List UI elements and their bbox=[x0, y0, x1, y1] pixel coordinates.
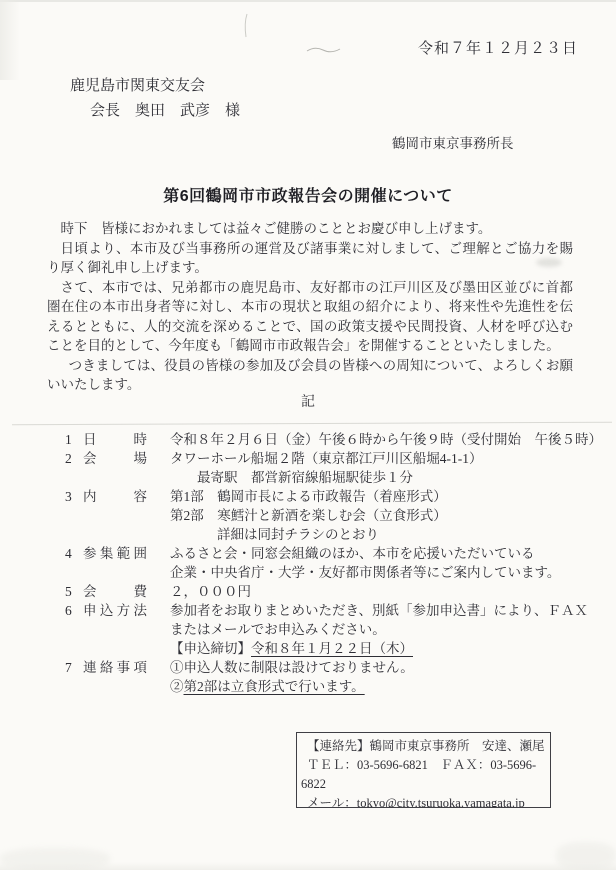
item-value: 最寄駅 都営新宿線船堀駅徒歩１分 bbox=[170, 468, 616, 487]
paragraph-purpose: さて、本市では、兄弟都市の鹿児島市、友好都市の江戸川区及び墨田区並びに首都圏在住… bbox=[47, 278, 573, 356]
pen-squiggle-artifact bbox=[306, 44, 342, 56]
list-item-application: 6 申込方法 参加者をお取りまとめいただき、別紙「参加申込書」により、ＦＡＸ ま… bbox=[0, 601, 616, 658]
paragraph-greeting: 時下 皆様におかれましては益々ご健勝のこととお慶び申し上げます。 bbox=[47, 219, 573, 239]
item-label: 内 容 bbox=[83, 487, 147, 506]
contact-office-line: 【連絡先】鶴岡市東京事務所 安達、瀬尾 bbox=[307, 737, 544, 756]
note-number: ② bbox=[170, 679, 184, 694]
contact-email-line: メール：tokyo@city.tsuruoka.yamagata.jp bbox=[307, 794, 544, 808]
item-value: 詳細は同封チラシのとおり bbox=[170, 525, 616, 544]
scanned-letter-page: 令和７年１２月２３日 鹿児島市関東交友会 会長 奥田 武彦 様 鶴岡市東京事務所… bbox=[0, 0, 616, 870]
item-number: 5 bbox=[65, 582, 79, 601]
pen-mark-artifact bbox=[242, 13, 250, 39]
list-item-fee: 5 会 費 ２，０００円 bbox=[0, 582, 616, 601]
item-value: 企業・中央省庁・大学・友好都市関係者等にご案内しています。 bbox=[170, 563, 616, 582]
list-item-program: 3 内 容 第1部 鶴岡市長による市政報告（着座形式） 第2部 寒鱈汁と新酒を楽… bbox=[0, 487, 616, 544]
contact-fax-continuation: 6822 bbox=[301, 775, 544, 794]
item-value: ２，０００円 bbox=[170, 582, 616, 601]
scan-corner-shadow bbox=[556, 842, 616, 870]
item-label: 参集範囲 bbox=[83, 544, 147, 563]
item-number: 7 bbox=[65, 658, 79, 677]
list-item-audience: 4 参集範囲 ふるさと会・同窓会組織のほか、本市を応援いただいている 企業・中央… bbox=[0, 544, 616, 582]
item-number: 3 bbox=[65, 487, 79, 506]
item-number: 1 bbox=[65, 430, 79, 449]
item-value: 令和８年２月６日（金）午後６時から午後９時（受付開始 午後５時） bbox=[170, 430, 616, 449]
paragraph-request: つきましては、役員の皆様の参加及び会員の皆様への周知について、よろしくお願いいた… bbox=[47, 356, 573, 395]
item-number: 2 bbox=[65, 449, 79, 468]
item-label: 連絡事項 bbox=[83, 658, 147, 677]
item-value: 第1部 鶴岡市長による市政報告（着座形式） bbox=[170, 487, 616, 506]
item-value: タワーホール船堀２階（東京都江戸川区船堀4-1-1） bbox=[170, 449, 616, 468]
item-value: ふるさと会・同窓会組織のほか、本市を応援いただいている bbox=[170, 544, 616, 563]
contact-info-box: 【連絡先】鶴岡市東京事務所 安達、瀬尾 ＴＥＬ：03-5696-6821 ＦＡＸ… bbox=[296, 732, 551, 808]
note-line: ①申込人数に制限は設けておりません。 bbox=[170, 658, 616, 677]
scan-fold-line bbox=[12, 422, 612, 426]
item-value: 第2部 寒鱈汁と新酒を楽しむ会（立食形式） bbox=[170, 506, 616, 525]
note-line: ②第2部は立食形式で行います。 bbox=[170, 677, 616, 696]
sender-title: 鶴岡市東京事務所長 bbox=[392, 132, 514, 152]
document-date: 令和７年１２月２３日 bbox=[418, 37, 578, 58]
item-number: 4 bbox=[65, 544, 79, 563]
recipient-name: 会長 奥田 武彦 様 bbox=[90, 99, 240, 120]
item-value: 参加者をお取りまとめいただき、別紙「参加申込書」により、ＦＡＸ bbox=[170, 601, 616, 620]
deadline-date-underlined: 令和８年１月２２日（木） bbox=[251, 641, 413, 656]
letter-body: 時下 皆様におかれましては益々ご健勝のこととお慶び申し上げます。 日頃より、本市… bbox=[47, 219, 573, 395]
item-label: 会 場 bbox=[83, 449, 147, 468]
item-label: 申込方法 bbox=[83, 601, 147, 620]
recipient-organization: 鹿児島市関東交友会 bbox=[70, 74, 205, 95]
item-label: 日 時 bbox=[83, 430, 147, 449]
contact-tel-fax-line: ＴＥＬ：03-5696-6821 ＦＡＸ：03-5696- bbox=[307, 756, 544, 775]
list-item-venue: 2 会 場 タワーホール船堀２階（東京都江戸川区船堀4-1-1） 最寄駅 都営新… bbox=[0, 449, 616, 487]
item-number: 6 bbox=[65, 601, 79, 620]
list-item-datetime: 1 日 時 令和８年２月６日（金）午後６時から午後９時（受付開始 午後５時） bbox=[0, 430, 616, 449]
event-details-list: 1 日 時 令和８年２月６日（金）午後６時から午後９時（受付開始 午後５時） 2… bbox=[0, 430, 616, 696]
scan-corner-shadow bbox=[0, 0, 20, 80]
list-item-notes: 7 連絡事項 ①申込人数に制限は設けておりません。 ②第2部は立食形式で行います… bbox=[0, 658, 616, 696]
item-label: 会 費 bbox=[83, 582, 147, 601]
item-value: またはメールでお申込みください。 bbox=[170, 620, 616, 639]
scan-edge-artifact bbox=[0, 862, 616, 870]
document-title: 第6回鶴岡市市政報告会の開催について bbox=[0, 183, 616, 206]
deadline-prefix: 【申込締切】 bbox=[170, 641, 251, 656]
application-deadline: 【申込締切】令和８年１月２２日（木） bbox=[170, 639, 616, 658]
note-underlined: 第2部は立食形式で行います。 bbox=[184, 679, 365, 694]
scan-corner-shadow bbox=[0, 848, 110, 870]
paragraph-thanks: 日頃より、本市及び当事務所の運営及び諸事業に対しまして、ご理解とご協力を賜り厚く… bbox=[47, 239, 573, 278]
scan-edge-artifact bbox=[0, 0, 616, 2]
record-mark: 記 bbox=[0, 391, 616, 411]
